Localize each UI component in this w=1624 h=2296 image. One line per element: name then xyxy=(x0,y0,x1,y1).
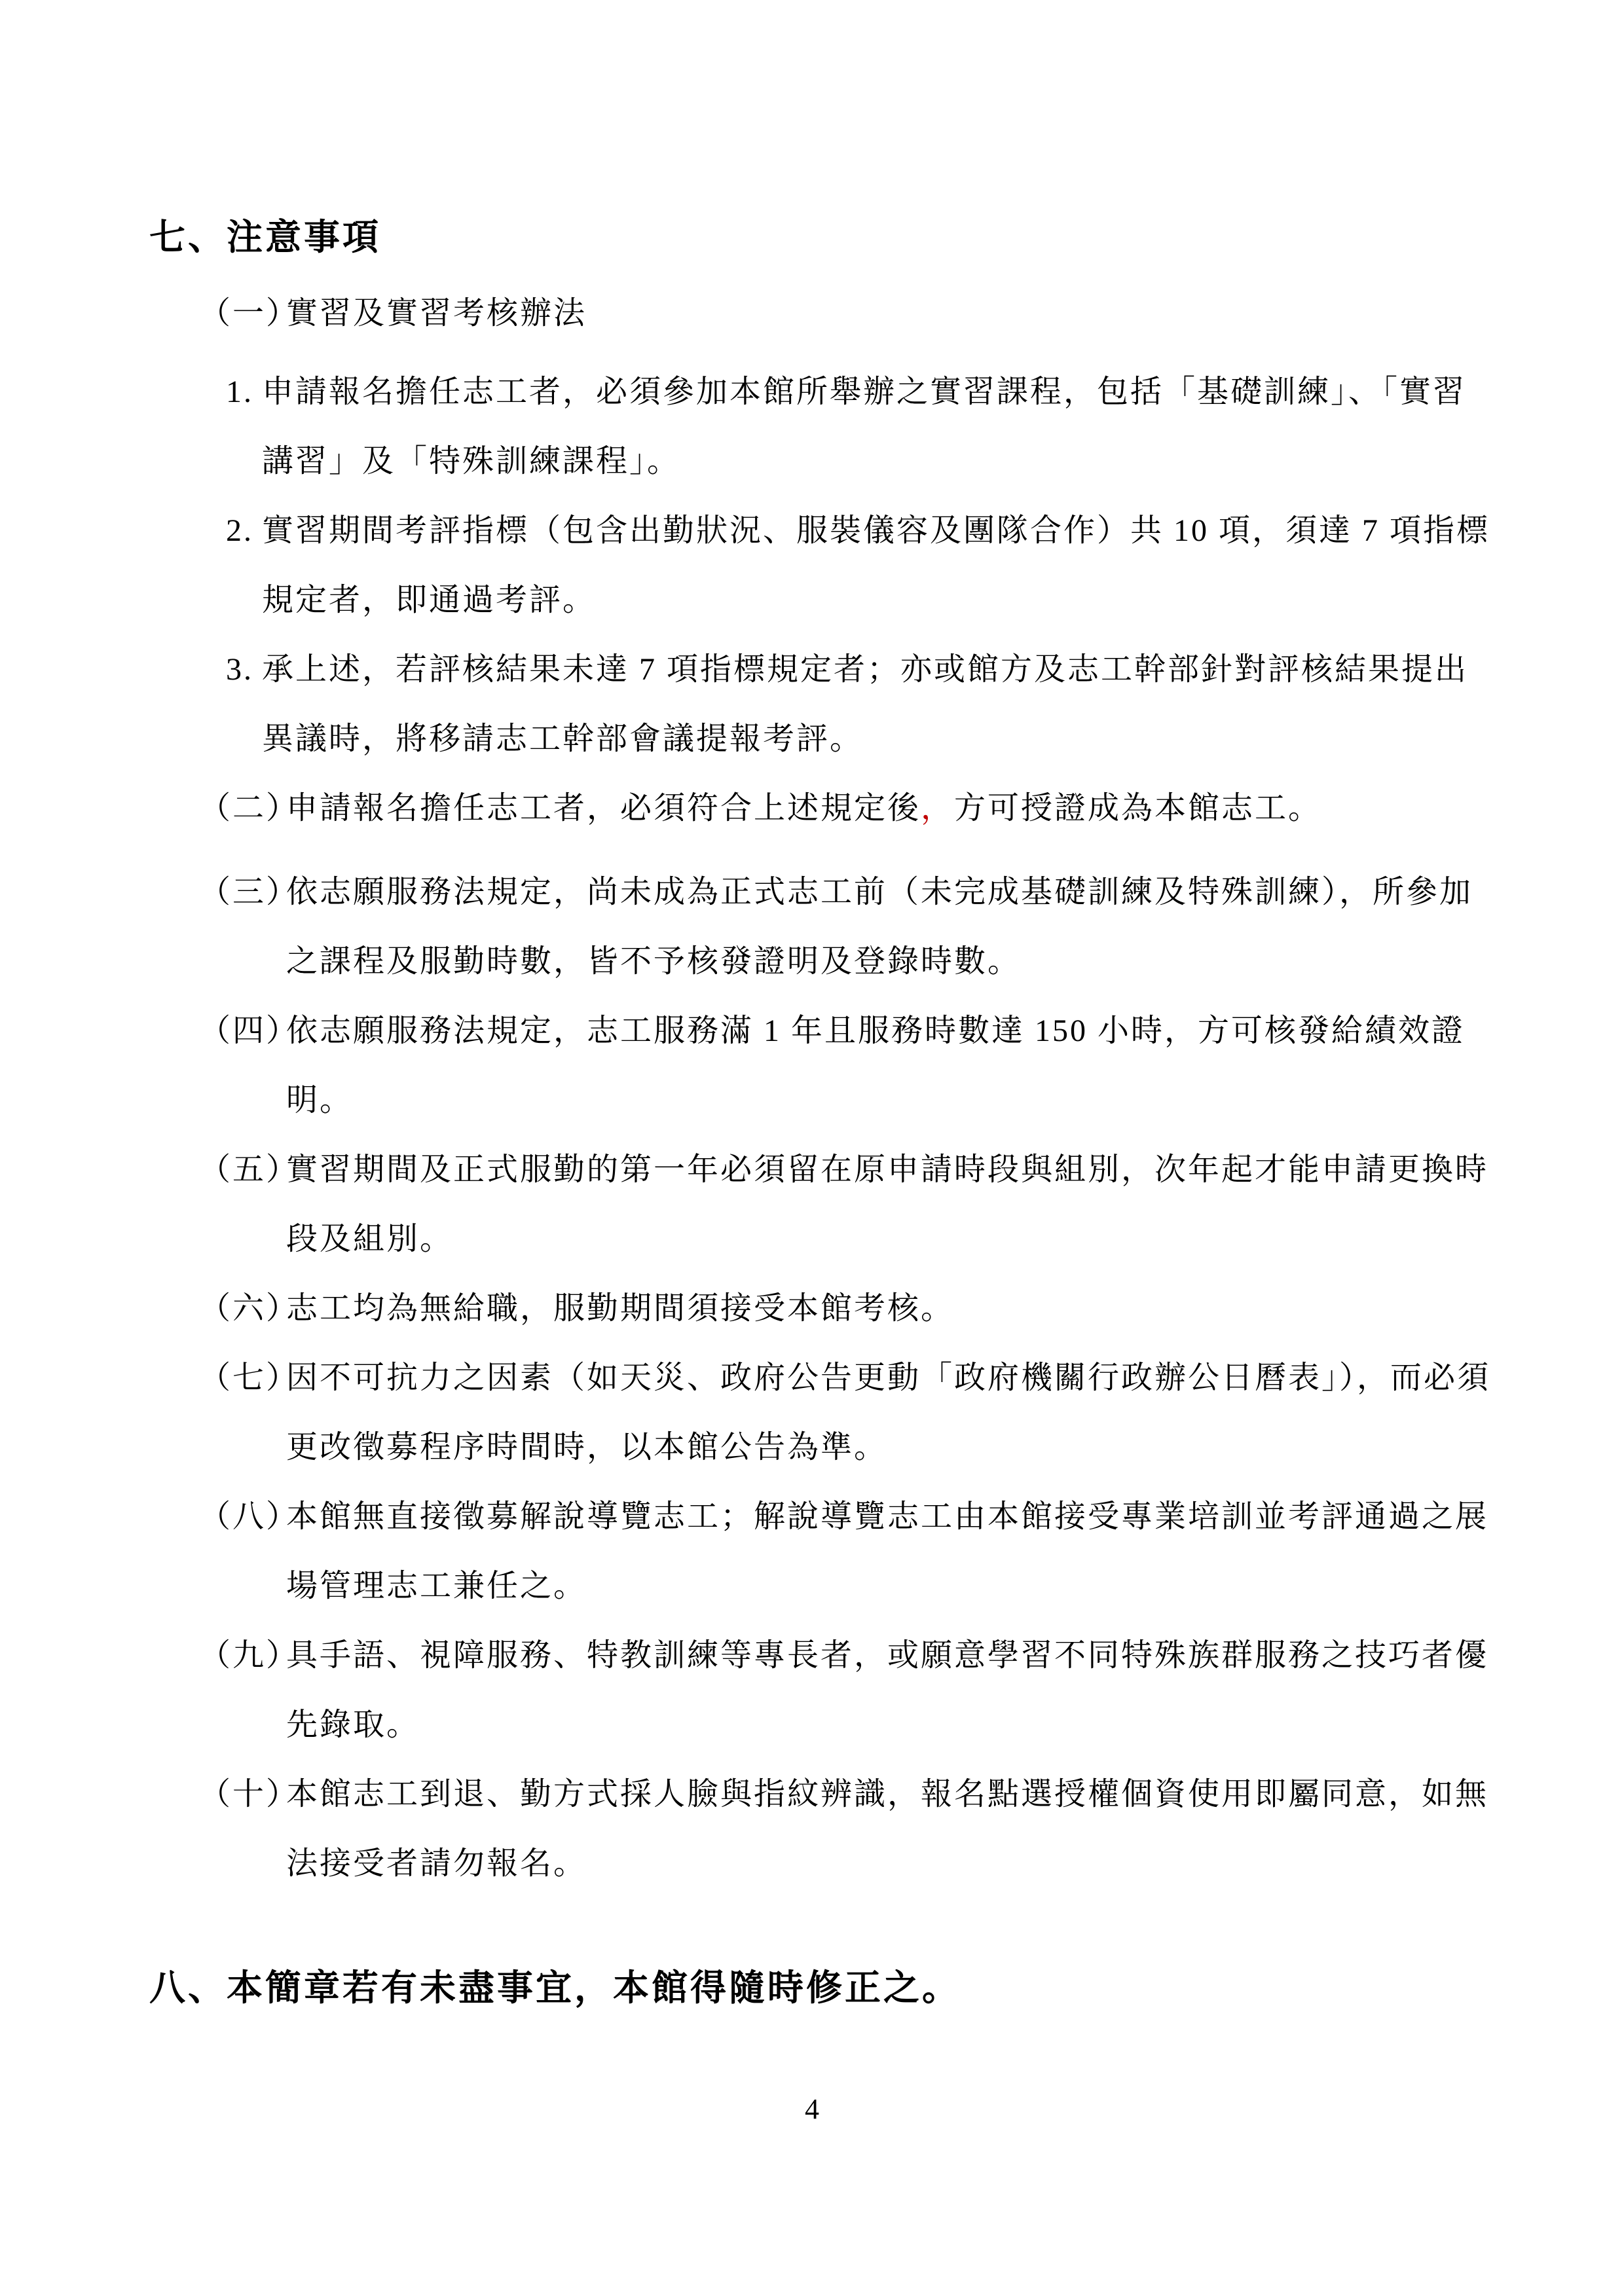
item-marker: （四） xyxy=(199,996,299,1066)
note-item-7: （四）依志願服務法規定，志工服務滿 1 年且服務時數達 150 小時，方可核發給… xyxy=(286,996,1494,1135)
item-text: 本館無直接徵募解說導覽志工；解說導覽志工由本館接受專業培訓並考評通過之展場管理志… xyxy=(286,1499,1488,1603)
note-item-12: （九）具手語、視障服務、特教訓練等專長者，或願意學習不同特殊族群服務之技巧者優先… xyxy=(286,1621,1494,1760)
note-item-1: （一）實習及實習考核辦法 xyxy=(286,279,1494,348)
item-marker: （七） xyxy=(199,1343,299,1413)
note-item-6: （三）依志願服務法規定，尚未成為正式志工前（未完成基礎訓練及特殊訓練），所參加之… xyxy=(286,858,1494,996)
item-marker: （九） xyxy=(199,1621,299,1690)
item-marker: （十） xyxy=(199,1760,299,1829)
item-text: 依志願服務法規定，尚未成為正式志工前（未完成基礎訓練及特殊訓練），所參加之課程及… xyxy=(286,875,1473,979)
item-marker: （三） xyxy=(199,858,299,927)
item-marker: （八） xyxy=(199,1482,299,1552)
item-marker: （六） xyxy=(199,1274,299,1343)
item-marker: 1. xyxy=(226,357,253,427)
item-text: 因不可抗力之因素（如天災、政府公告更動「政府機關行政辦公日曆表」），而必須更改徵… xyxy=(286,1360,1490,1465)
item-text: 具手語、視障服務、特教訓練等專長者，或願意學習不同特殊族群服務之技巧者優先錄取。 xyxy=(286,1638,1488,1742)
red-comma: ， xyxy=(921,791,954,826)
item-marker: （一） xyxy=(199,279,299,348)
page-number: 4 xyxy=(0,2092,1624,2126)
section-8-heading: 八、本簡章若有未盡事宜，本館得隨時修正之。 xyxy=(149,1967,961,2010)
item-text: 依志願服務法規定，志工服務滿 1 年且服務時數達 150 小時，方可核發給績效證… xyxy=(286,1013,1465,1118)
section-7-heading: 七、注意事項 xyxy=(149,216,381,259)
item-text: 申請報名擔任志工者，必須參加本館所舉辦之實習課程，包括「基礎訓練」、「實習講習」… xyxy=(262,374,1466,479)
document-page: 七、注意事項 （一）實習及實習考核辦法1.申請報名擔任志工者，必須參加本館所舉辦… xyxy=(0,0,1624,2296)
note-item-13: （十）本館志工到退、勤方式採人臉與指紋辨識，報名點選授權個資使用即屬同意，如無法… xyxy=(286,1760,1494,1899)
item-text: 實習期間及正式服勤的第一年必須留在原申請時段與組別，次年起才能申請更換時段及組別… xyxy=(286,1152,1488,1256)
item-marker: （五） xyxy=(199,1135,299,1205)
item-text: 實習及實習考核辦法 xyxy=(286,296,587,331)
notes-list: （一）實習及實習考核辦法1.申請報名擔任志工者，必須參加本館所舉辦之實習課程，包… xyxy=(0,279,1624,1899)
item-marker: 2. xyxy=(226,496,253,566)
note-item-2: 1.申請報名擔任志工者，必須參加本館所舉辦之實習課程，包括「基礎訓練」、「實習講… xyxy=(262,357,1496,496)
note-item-5: （二）申請報名擔任志工者，必須符合上述規定後，方可授證成為本館志工。 xyxy=(286,774,1494,843)
item-text: 本館志工到退、勤方式採人臉與指紋辨識，報名點選授權個資使用即屬同意，如無法接受者… xyxy=(286,1777,1488,1881)
note-item-10: （七）因不可抗力之因素（如天災、政府公告更動「政府機關行政辦公日曆表」），而必須… xyxy=(286,1343,1494,1482)
note-item-11: （八）本館無直接徵募解說導覽志工；解說導覽志工由本館接受專業培訓並考評通過之展場… xyxy=(286,1482,1494,1621)
item-marker: 3. xyxy=(226,635,253,704)
note-item-4: 3.承上述，若評核結果未達 7 項指標規定者；亦或館方及志工幹部針對評核結果提出… xyxy=(262,635,1496,774)
item-text: 承上述，若評核結果未達 7 項指標規定者；亦或館方及志工幹部針對評核結果提出異議… xyxy=(262,652,1468,756)
note-item-8: （五）實習期間及正式服勤的第一年必須留在原申請時段與組別，次年起才能申請更換時段… xyxy=(286,1135,1494,1274)
item-marker: （二） xyxy=(199,774,299,843)
item-text: 志工均為無給職，服勤期間須接受本館考核。 xyxy=(286,1291,954,1326)
note-item-9: （六）志工均為無給職，服勤期間須接受本館考核。 xyxy=(286,1274,1494,1343)
note-item-3: 2.實習期間考評指標（包含出勤狀況、服裝儀容及團隊合作）共 10 項，須達 7 … xyxy=(262,496,1496,635)
item-text: 實習期間考評指標（包含出勤狀況、服裝儀容及團隊合作）共 10 項，須達 7 項指… xyxy=(262,513,1490,617)
item-text: 申請報名擔任志工者，必須符合上述規定後，方可授證成為本館志工。 xyxy=(286,791,1321,826)
